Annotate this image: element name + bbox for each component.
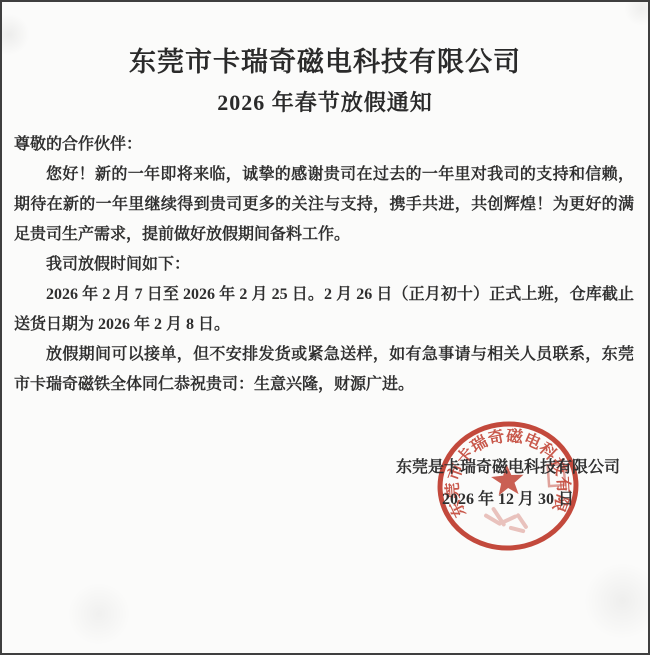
page-title-notice: 2026 年春节放假通知 <box>2 88 648 118</box>
paragraph-greeting: 您好！新的一年即将来临，诚挚的感谢贵司在过去的一年里对我司的支持和信赖，期待在新… <box>14 160 634 250</box>
signature-company: 东莞是卡瑞奇磁电科技有限公司 <box>396 452 620 484</box>
page-title-company: 东莞市卡瑞奇磁电科技有限公司 <box>2 44 648 80</box>
signature-date: 2026 年 12 月 30 日 <box>396 484 620 516</box>
paragraph-schedule-intro: 我司放假时间如下： <box>14 250 634 280</box>
notice-body: 尊敬的合作伙伴： 您好！新的一年即将来临，诚挚的感谢贵司在过去的一年里对我司的支… <box>2 130 648 400</box>
notice-page: 东莞市卡瑞奇磁电科技有限公司 2026 年春节放假通知 尊敬的合作伙伴： 您好！… <box>0 0 650 655</box>
signature-block: 东莞是卡瑞奇磁电科技有限公司 2026 年 12 月 30 日 <box>396 452 620 516</box>
paragraph-closing: 放假期间可以接单，但不安排发货或紧急送样，如有急事请与相关人员联系，东莞市卡瑞奇… <box>14 340 634 400</box>
paragraph-holiday-dates: 2026 年 2 月 7 日至 2026 年 2 月 25 日。2 月 26 日… <box>14 280 634 340</box>
salutation: 尊敬的合作伙伴： <box>14 130 634 160</box>
